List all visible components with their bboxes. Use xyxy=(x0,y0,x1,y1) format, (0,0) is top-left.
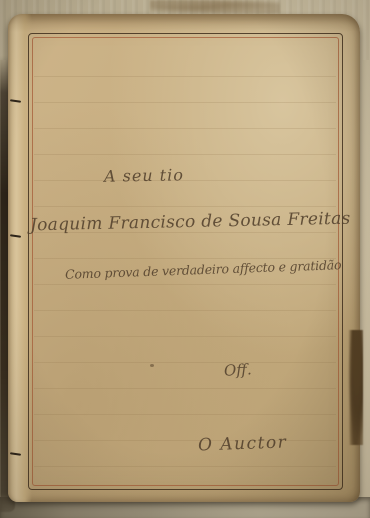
wall-smudge xyxy=(150,0,280,14)
ink-speck xyxy=(150,364,154,367)
handwritten-signature: O Auctor xyxy=(198,432,288,455)
notebook-page: A seu tio Joaquim Francisco de Sousa Fre… xyxy=(8,14,360,502)
page-top-shadow xyxy=(8,14,360,32)
torn-paper-edge xyxy=(347,330,363,445)
manuscript-photo: A seu tio Joaquim Francisco de Sousa Fre… xyxy=(0,0,370,518)
handwritten-offering: Off. xyxy=(224,360,253,379)
handwritten-dedication: A seu tio xyxy=(104,165,184,185)
